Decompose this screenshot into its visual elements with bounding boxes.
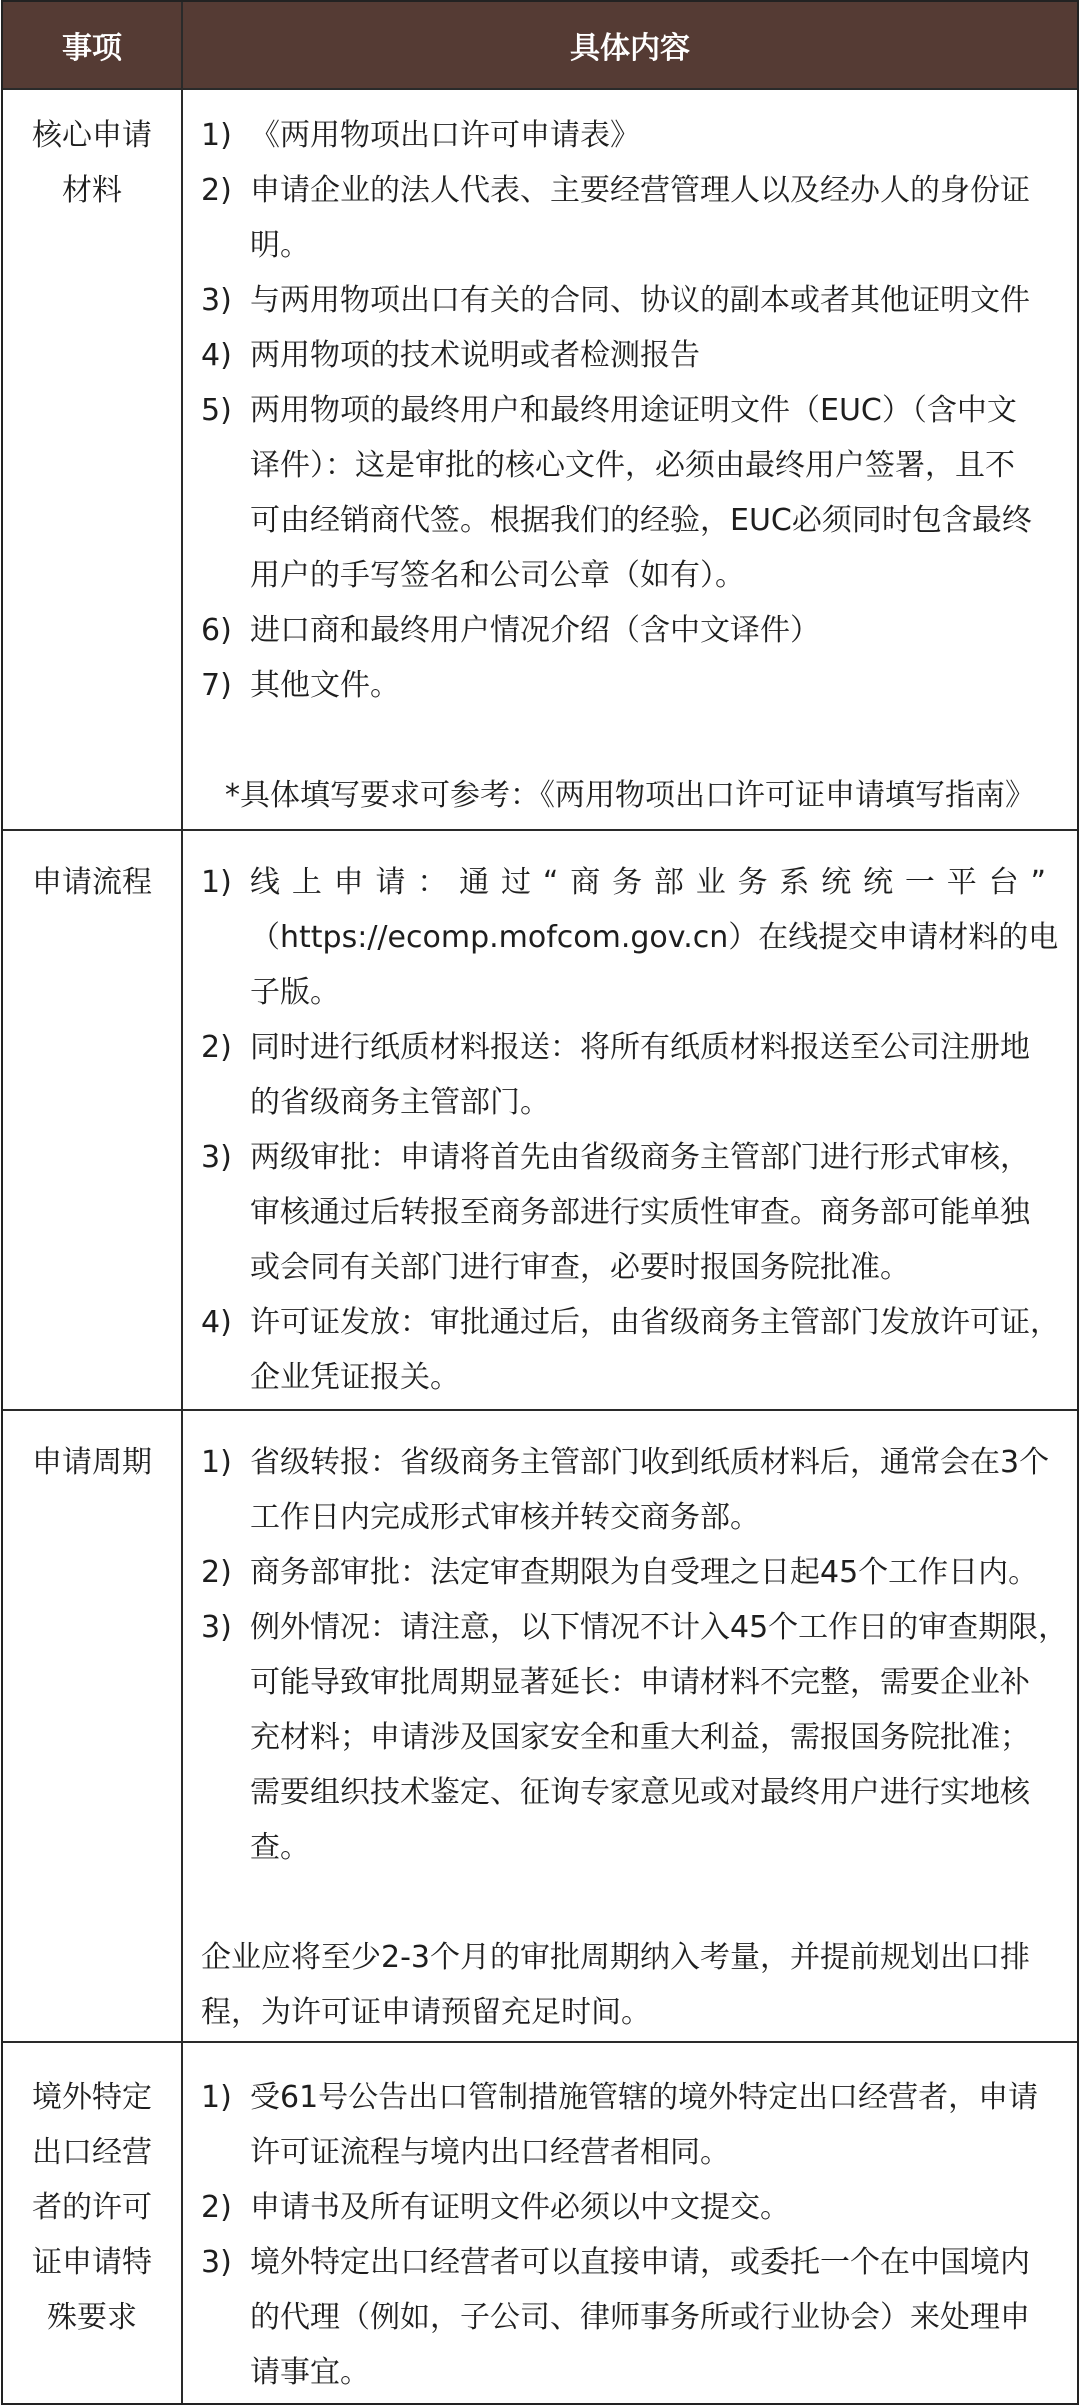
item-number: 5): [201, 383, 250, 603]
paragraph-line: 程，为许可证申请预留充足时间。: [201, 1985, 1077, 2040]
summary-paragraph: 企业应将至少2-3个月的审批周期纳入考量，并提前规划出口排 程，为许可证申请预留…: [201, 1930, 1077, 2040]
row-label-line: 殊要求: [3, 2290, 181, 2345]
list-item: 1) 《两用物项出口许可申请表》: [201, 108, 1077, 163]
table-header-row: 事项 具体内容: [3, 2, 1077, 90]
list-item: 7) 其他文件。: [201, 658, 1077, 713]
spacer: [201, 1875, 1077, 1930]
item-text-line: 境外特定出口经营者可以直接申请，或委托一个在中国境内: [250, 2235, 1077, 2290]
list-item: 4) 许可证发放：审批通过后，由省级商务主管部门发放许可证， 企业凭证报关。: [201, 1295, 1077, 1405]
spacer: [201, 713, 1077, 768]
list-item: 5) 两用物项的最终用户和最终用途证明文件（EUC）（含中文 译件）：这是审批的…: [201, 383, 1077, 603]
row-label-line: 材料: [3, 163, 181, 218]
list-item: 3) 例外情况：请注意，以下情况不计入45个工作日的审查期限， 可能导致审批周期…: [201, 1600, 1077, 1875]
row-label: 境外特定 出口经营 者的许可 证申请特 殊要求: [3, 2043, 183, 2403]
list-item: 1) 受61号公告出口管制措施管辖的境外特定出口经营者，申请 许可证流程与境内出…: [201, 2070, 1077, 2180]
item-text-line: 用户的手写签名和公司公章（如有）。: [250, 548, 1077, 603]
item-text-line: 工作日内完成形式审核并转交商务部。: [250, 1490, 1077, 1545]
item-text-line: 充材料；申请涉及国家安全和重大利益，需报国务院批准；: [250, 1710, 1077, 1765]
item-number: 3): [201, 1130, 250, 1295]
list-item: 3) 两级审批：申请将首先由省级商务主管部门进行形式审核， 审核通过后转报至商务…: [201, 1130, 1077, 1295]
header-content: 具体内容: [183, 2, 1077, 88]
item-number: 4): [201, 328, 250, 383]
export-license-table: 事项 具体内容 核心申请 材料 1) 《两用物项出口许可申请表》 2) 申请企业…: [1, 0, 1079, 2405]
item-number: 4): [201, 1295, 250, 1405]
list-item: 1) 省级转报：省级商务主管部门收到纸质材料后，通常会在3个 工作日内完成形式审…: [201, 1435, 1077, 1545]
item-number: 6): [201, 603, 250, 658]
row-content: 1) 线上申请：通过“商务部业务系统统一平台” （https://ecomp.m…: [183, 831, 1077, 1409]
row-content: 1) 《两用物项出口许可申请表》 2) 申请企业的法人代表、主要经营管理人以及经…: [183, 90, 1077, 829]
item-text-line: 企业凭证报关。: [250, 1350, 1077, 1405]
list-item: 2) 申请企业的法人代表、主要经营管理人以及经办人的身份证 明。: [201, 163, 1077, 273]
row-label-line: 境外特定: [3, 2070, 181, 2125]
item-text-line: 的省级商务主管部门。: [250, 1075, 1077, 1130]
item-number: 1): [201, 108, 250, 163]
item-number: 2): [201, 2180, 250, 2235]
item-text-line: 申请企业的法人代表、主要经营管理人以及经办人的身份证: [250, 163, 1077, 218]
item-number: 1): [201, 2070, 250, 2180]
item-text-line: 可能导致审批周期显著延长：申请材料不完整，需要企业补: [250, 1655, 1077, 1710]
list-item: 2) 商务部审批：法定审查期限为自受理之日起45个工作日内。: [201, 1545, 1077, 1600]
item-text-line: （https://ecomp.mofcom.gov.cn）在线提交申请材料的电: [250, 910, 1077, 965]
row-content: 1) 受61号公告出口管制措施管辖的境外特定出口经营者，申请 许可证流程与境内出…: [183, 2043, 1077, 2403]
table-row-core-materials: 核心申请 材料 1) 《两用物项出口许可申请表》 2) 申请企业的法人代表、主要…: [3, 90, 1077, 831]
list-item: 3) 境外特定出口经营者可以直接申请，或委托一个在中国境内 的代理（例如，子公司…: [201, 2235, 1077, 2400]
item-text-line: 的代理（例如，子公司、律师事务所或行业协会）来处理申: [250, 2290, 1077, 2345]
row-label-line: 申请流程: [3, 855, 181, 910]
item-number: 7): [201, 658, 250, 713]
item-text-line: 线上申请：通过“商务部业务系统统一平台”: [250, 855, 1046, 910]
row-label-line: 证申请特: [3, 2235, 181, 2290]
row-label-line: 核心申请: [3, 108, 181, 163]
item-text-line: 审核通过后转报至商务部进行实质性审查。商务部可能单独: [250, 1185, 1077, 1240]
item-text-line: 译件）：这是审批的核心文件，必须由最终用户签署，且不: [250, 438, 1077, 493]
item-number: 3): [201, 1600, 250, 1875]
item-text-line: 两级审批：申请将首先由省级商务主管部门进行形式审核，: [250, 1130, 1077, 1185]
item-text-line: 子版。: [250, 965, 1077, 1020]
item-text-line: 或会同有关部门进行审查，必要时报国务院批准。: [250, 1240, 1077, 1295]
row-label-line: 申请周期: [3, 1435, 181, 1490]
item-number: 2): [201, 163, 250, 273]
item-text-line: 请事宜。: [250, 2345, 1077, 2400]
item-text-line: 与两用物项出口有关的合同、协议的副本或者其他证明文件: [250, 273, 1077, 328]
row-label: 核心申请 材料: [3, 90, 183, 829]
row-label-line: 出口经营: [3, 2125, 181, 2180]
item-text-line: 许可证发放：审批通过后，由省级商务主管部门发放许可证，: [250, 1295, 1077, 1350]
item-text-line: 同时进行纸质材料报送：将所有纸质材料报送至公司注册地: [250, 1020, 1077, 1075]
list-item: 1) 线上申请：通过“商务部业务系统统一平台” （https://ecomp.m…: [201, 855, 1077, 1020]
row-content: 1) 省级转报：省级商务主管部门收到纸质材料后，通常会在3个 工作日内完成形式审…: [183, 1411, 1077, 2041]
item-text-line: 其他文件。: [250, 658, 1077, 713]
item-text-line: 商务部审批：法定审查期限为自受理之日起45个工作日内。: [250, 1545, 1077, 1600]
item-text-line: 受61号公告出口管制措施管辖的境外特定出口经营者，申请: [250, 2070, 1077, 2125]
table-row-foreign-exporter-requirements: 境外特定 出口经营 者的许可 证申请特 殊要求 1) 受61号公告出口管制措施管…: [3, 2043, 1077, 2403]
item-number: 2): [201, 1020, 250, 1130]
item-text-line: 申请书及所有证明文件必须以中文提交。: [250, 2180, 1077, 2235]
item-number: 3): [201, 2235, 250, 2400]
item-text-line: 可由经销商代签。根据我们的经验，EUC必须同时包含最终: [250, 493, 1077, 548]
item-text-line: 需要组织技术鉴定、征询专家意见或对最终用户进行实地核: [250, 1765, 1077, 1820]
paragraph-line: 企业应将至少2-3个月的审批周期纳入考量，并提前规划出口排: [201, 1930, 1077, 1985]
item-number: 1): [201, 855, 250, 1020]
item-text-line: 进口商和最终用户情况介绍（含中文译件）: [250, 603, 1077, 658]
reference-note: *具体填写要求可参考：《两用物项出口许可证申请填写指南》: [201, 768, 1077, 823]
list-item: 2) 申请书及所有证明文件必须以中文提交。: [201, 2180, 1077, 2235]
item-text-line: 两用物项的技术说明或者检测报告: [250, 328, 1077, 383]
row-label: 申请周期: [3, 1411, 183, 2041]
row-label-line: 者的许可: [3, 2180, 181, 2235]
item-text-line: 查。: [250, 1820, 1077, 1875]
item-number: 3): [201, 273, 250, 328]
list-item: 2) 同时进行纸质材料报送：将所有纸质材料报送至公司注册地 的省级商务主管部门。: [201, 1020, 1077, 1130]
list-item: 6) 进口商和最终用户情况介绍（含中文译件）: [201, 603, 1077, 658]
row-label: 申请流程: [3, 831, 183, 1409]
item-text-line: 例外情况：请注意，以下情况不计入45个工作日的审查期限，: [250, 1600, 1077, 1655]
item-text-line: 省级转报：省级商务主管部门收到纸质材料后，通常会在3个: [250, 1435, 1077, 1490]
item-number: 2): [201, 1545, 250, 1600]
item-text-line: 明。: [250, 218, 1077, 273]
item-text-line: 两用物项的最终用户和最终用途证明文件（EUC）（含中文: [250, 383, 1077, 438]
header-item: 事项: [3, 2, 183, 88]
table-row-application-process: 申请流程 1) 线上申请：通过“商务部业务系统统一平台” （https://ec…: [3, 831, 1077, 1411]
list-item: 3) 与两用物项出口有关的合同、协议的副本或者其他证明文件: [201, 273, 1077, 328]
item-text-line: 《两用物项出口许可申请表》: [250, 108, 1077, 163]
item-number: 1): [201, 1435, 250, 1545]
item-text-line: 许可证流程与境内出口经营者相同。: [250, 2125, 1077, 2180]
list-item: 4) 两用物项的技术说明或者检测报告: [201, 328, 1077, 383]
table-row-application-period: 申请周期 1) 省级转报：省级商务主管部门收到纸质材料后，通常会在3个 工作日内…: [3, 1411, 1077, 2043]
